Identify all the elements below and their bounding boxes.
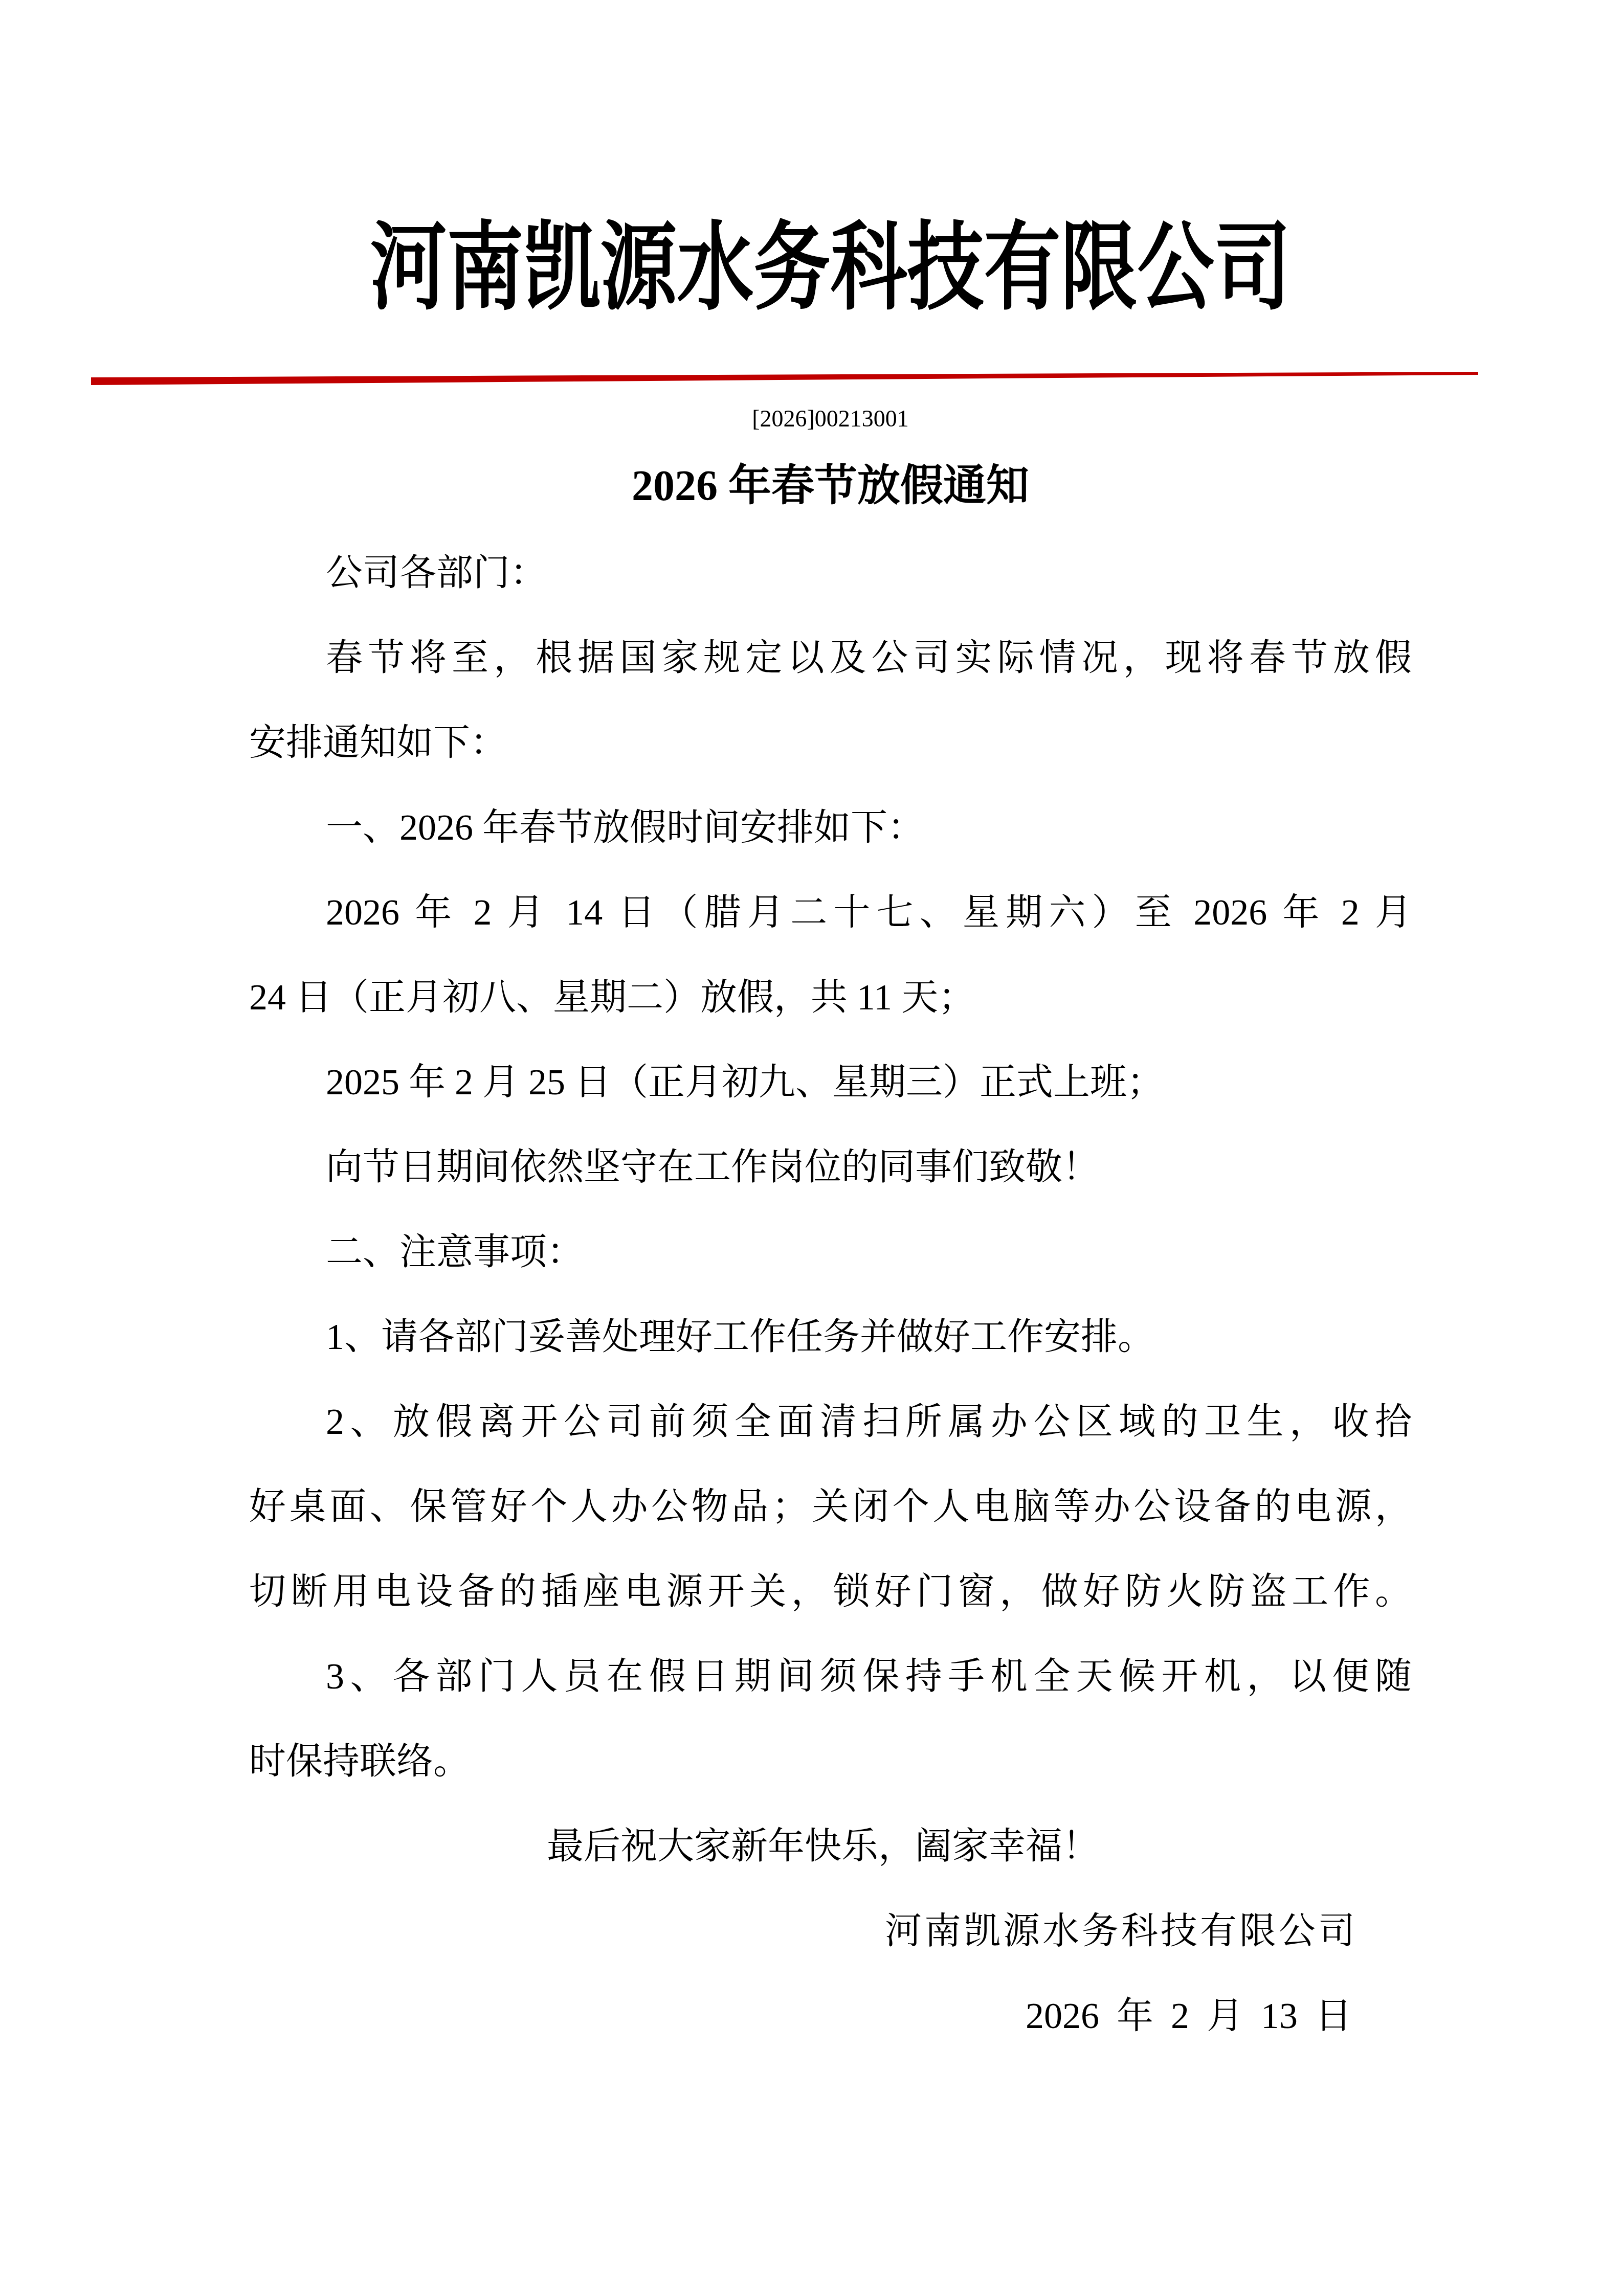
note-item-2-line-1: 2、放假离开公司前须全面清扫所属办公区域的卫生，收拾 <box>249 1379 1412 1464</box>
signature-line: 河南凯源水务科技有限公司 <box>249 1888 1412 1973</box>
holiday-dates-line-2: 24 日（正月初八、星期二）放假，共 11 天； <box>249 955 1412 1040</box>
intro-line-1: 春节将至，根据国家规定以及公司实际情况，现将春节放假 <box>249 615 1412 700</box>
section-2-heading: 二、注意事项： <box>249 1209 1412 1294</box>
section-1-heading: 一、2026 年春节放假时间安排如下： <box>249 785 1412 870</box>
document-number: [2026]00213001 <box>249 404 1412 433</box>
note-item-3-line-2: 时保持联络。 <box>249 1719 1412 1804</box>
document-page: 河南凯源水务科技有限公司 [2026]00213001 2026 年春节放假通知… <box>0 0 1624 2296</box>
note-item-1: 1、请各部门妥善处理好工作任务并做好工作安排。 <box>249 1294 1412 1379</box>
holiday-dates-line-1: 2026 年 2 月 14 日（腊月二十七、星期六）至 2026 年 2 月 <box>249 870 1412 955</box>
intro-line-2: 安排通知如下： <box>249 700 1412 785</box>
salutation-line: 公司各部门： <box>249 530 1412 615</box>
note-item-2-line-2: 好桌面、保管好个人办公物品；关闭个人电脑等办公设备的电源， <box>249 1464 1412 1549</box>
date-line: 2026 年 2 月 13 日 <box>249 1973 1412 2058</box>
notice-title: 2026 年春节放假通知 <box>249 461 1412 512</box>
company-letterhead-name: 河南凯源水务科技有限公司 <box>249 220 1412 317</box>
note-item-2-line-3: 切断用电设备的插座电源开关，锁好门窗，做好防火防盗工作。 <box>249 1549 1412 1634</box>
notice-body: 公司各部门： 春节将至，根据国家规定以及公司实际情况，现将春节放假 安排通知如下… <box>249 530 1412 2058</box>
tribute-line: 向节日期间依然坚守在工作岗位的同事们致敬！ <box>249 1124 1412 1209</box>
return-to-work-line: 2025 年 2 月 25 日（正月初九、星期三）正式上班； <box>249 1040 1412 1124</box>
closing-wish-line: 最后祝大家新年快乐，阖家幸福！ <box>249 1804 1412 1888</box>
note-item-3-line-1: 3、各部门人员在假日期间须保持手机全天候开机，以便随 <box>249 1634 1412 1719</box>
